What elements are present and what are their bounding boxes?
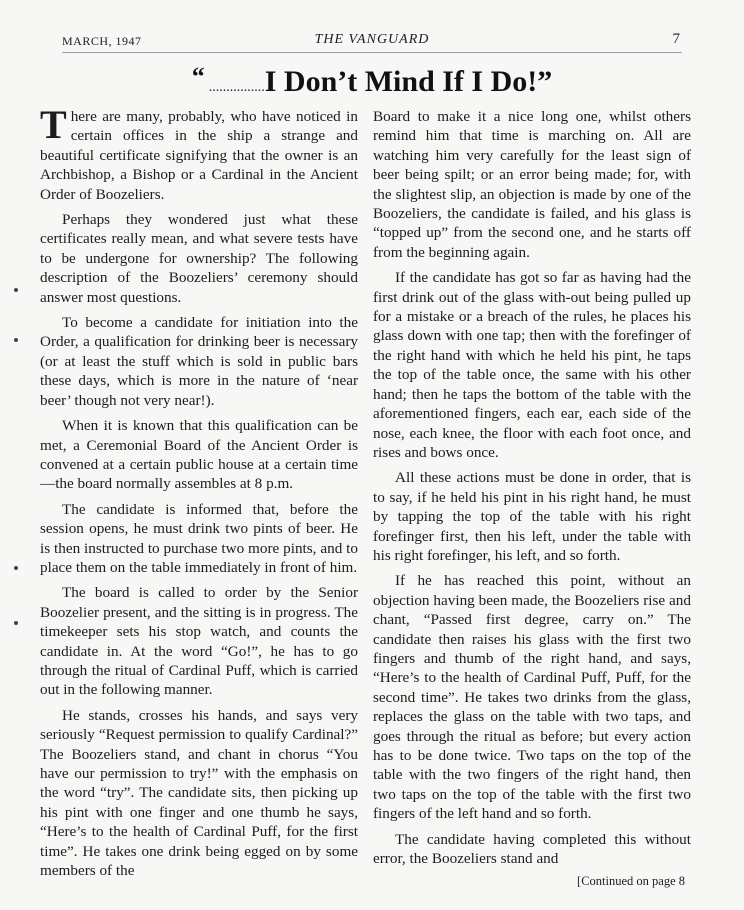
margin-mark [14,621,18,625]
article-title: “................I Don’t Mind If I Do!” [0,62,744,99]
paragraph: To become a candidate for initiation in­… [40,313,358,410]
title-leader-dots: ................ [209,80,265,95]
title-text: I Don’t Mind If I Do!” [265,65,553,98]
page-number: 7 [673,31,681,48]
title-open-quote: “ [192,62,205,91]
paragraph: He stands, crosses his hands, and says v… [40,706,358,881]
running-header: MARCH, 1947 THE VANGUARD 7 [62,30,682,53]
right-column: Board to make it a nice long one, whilst… [373,107,691,892]
paragraph: The candidate is informed that, before t… [40,500,358,578]
paragraph: The candidate having completed this with… [373,830,691,869]
margin-mark [14,566,18,570]
paragraph: If he has reached this point, without an… [373,571,691,823]
drop-cap: T [40,109,67,141]
paragraph: The board is called to order by the Seni… [40,583,358,699]
paragraph: Board to make it a nice long one, whilst… [373,107,691,262]
continued-notice: [Continued on page 8 [373,872,691,891]
margin-mark [14,338,18,342]
left-column: There are many, probably, who have notic… [40,107,358,886]
paragraph: All these actions must be done in order,… [373,468,691,565]
paragraph: There are many, probably, who have notic… [40,107,358,204]
publication-title: THE VANGUARD [62,32,682,48]
margin-mark [14,288,18,292]
paragraph: Perhaps they wondered just what these ce… [40,210,358,307]
paragraph: When it is known that this qualifica­tio… [40,416,358,494]
paragraph: If the candidate has got so far as hav­i… [373,268,691,462]
